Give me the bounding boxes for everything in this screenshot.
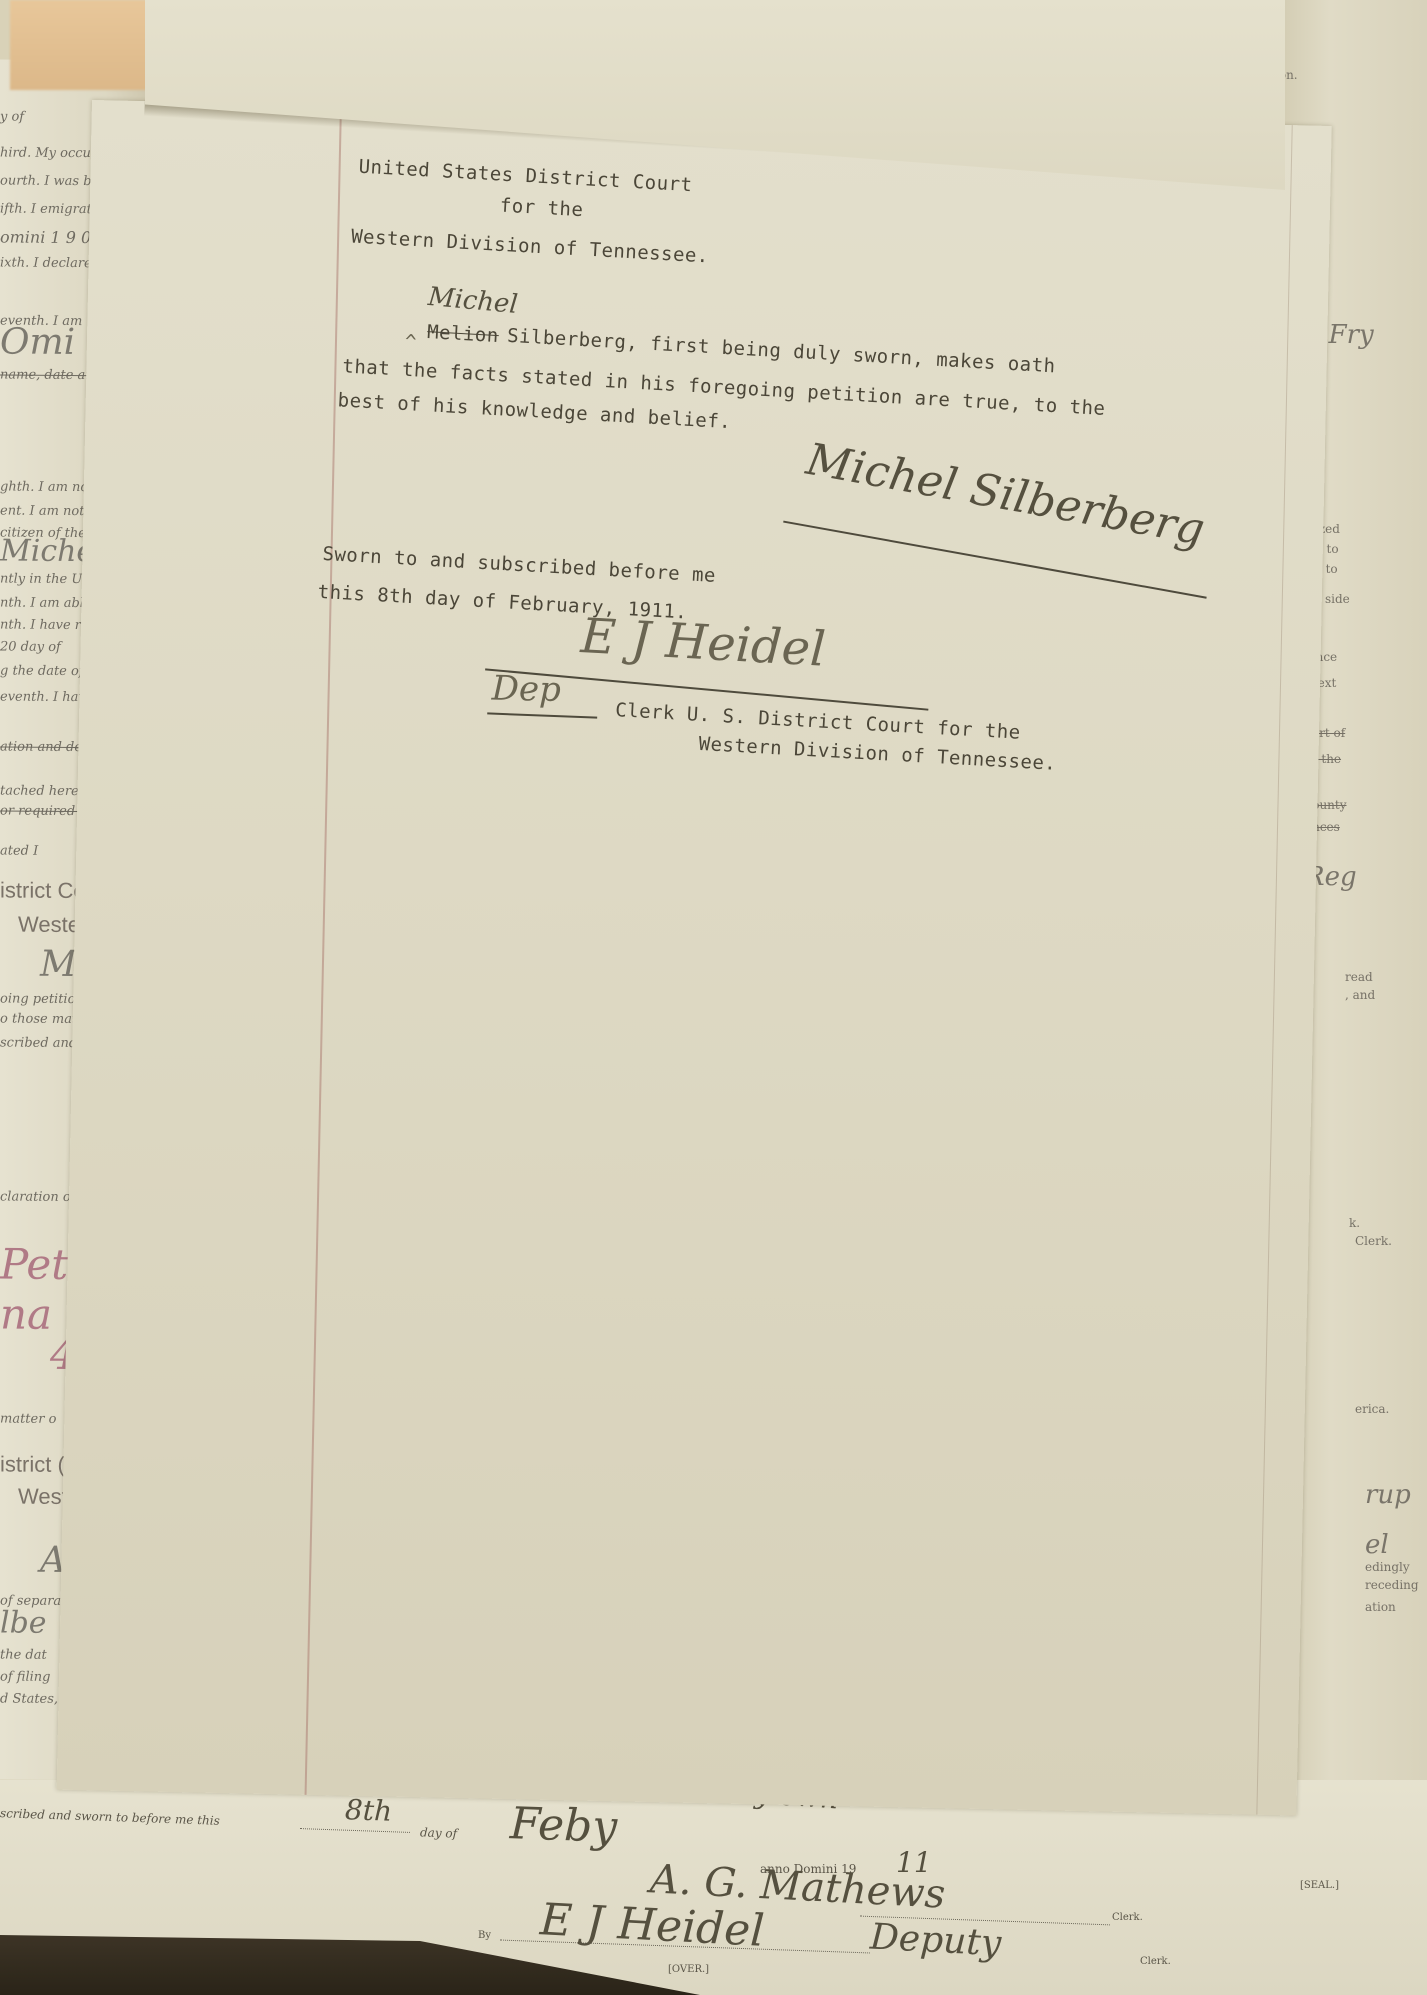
left-fragment: ent. I am not a: [0, 503, 96, 519]
struck-name: Melion: [427, 321, 500, 347]
left-fragment: of filing: [0, 1669, 50, 1684]
right-fragment: edingly: [1365, 1560, 1410, 1574]
seal-label: [SEAL.]: [1300, 1880, 1339, 1891]
court-heading-line3: Western Division of Tennessee.: [351, 225, 710, 267]
left-fragment: y of: [0, 109, 24, 124]
left-fragment: nth. I am able: [0, 595, 92, 611]
name-correction-handwritten: Michel: [427, 282, 519, 320]
right-fragment-handwriting: el: [1365, 1530, 1389, 1560]
by-label: By: [478, 1930, 491, 1941]
day-of-label: day of: [420, 1825, 458, 1840]
left-fragment: nth. I have re: [0, 617, 89, 633]
right-margin-line: [1256, 125, 1292, 1815]
right-fragment: , and: [1345, 988, 1375, 1002]
court-heading-line2: for the: [499, 195, 584, 222]
left-fragment: oing petition: [0, 991, 84, 1007]
main-document-page: United States District Court for the Wes…: [57, 100, 1332, 1816]
day-field-line: [300, 1828, 410, 1833]
left-fragment: d States,: [0, 1691, 58, 1706]
insert-caret: ^: [404, 331, 417, 354]
month-value-handwritten: Feby: [509, 1798, 618, 1853]
deputy-value-handwritten: Deputy: [869, 1917, 1002, 1965]
left-fragment-heading: istrict (: [0, 1451, 65, 1477]
right-fragment: side: [1325, 592, 1350, 606]
deputy-signature-handwritten: E J Heidel: [539, 1894, 766, 1957]
left-fragment-red-handwriting: na: [0, 1289, 52, 1338]
left-fragment: 20 day of: [0, 639, 61, 654]
deputy-prefix-handwritten: Dep: [491, 669, 561, 710]
left-fragment: ghth. I am not: [0, 479, 93, 495]
left-fragment: matter o: [0, 1411, 56, 1426]
clerk-label: Clerk.: [1112, 1912, 1143, 1923]
left-fragment-handwriting: Omi: [0, 321, 75, 363]
left-fragment: claration of: [0, 1189, 76, 1205]
jurat-line1: Sworn to and subscribed before me: [322, 543, 717, 587]
right-fragment: receding: [1365, 1578, 1419, 1592]
clerk-signature: E J Heidel: [579, 608, 827, 678]
court-heading-line1: United States District Court: [358, 156, 693, 197]
left-fragment: the dat: [0, 1647, 47, 1662]
left-fragment: ated I: [0, 843, 38, 858]
right-fragment: Clerk.: [1355, 1234, 1392, 1248]
left-fragment: ntly in the Uni: [0, 571, 95, 587]
orange-tab: [10, 0, 150, 90]
right-fragment: erica.: [1355, 1402, 1389, 1416]
day-value-handwritten: 8th: [344, 1793, 392, 1828]
bottom-printed-prefix: scribed and sworn to before me this: [0, 1806, 220, 1828]
right-fragment: read: [1345, 970, 1373, 984]
over-label: [OVER.]: [668, 1964, 709, 1975]
right-fragment: ation: [1365, 1600, 1396, 1614]
left-fragment-handwriting: lbe: [0, 1605, 47, 1640]
deputy-prefix-line: [487, 712, 597, 718]
deputy-clerk-label: Clerk.: [1140, 1956, 1171, 1967]
right-fragment-handwriting: rup: [1365, 1480, 1411, 1510]
left-margin-line: [305, 105, 342, 1795]
left-fragment-handwriting: M: [40, 944, 77, 985]
right-fragment: k.: [1349, 1216, 1360, 1230]
left-fragment-handwriting: Miche: [0, 533, 94, 569]
clerk-title-line1: Clerk U. S. District Court for the: [615, 699, 1022, 744]
petitioner-signature: Michel Silberberg: [803, 434, 1209, 556]
